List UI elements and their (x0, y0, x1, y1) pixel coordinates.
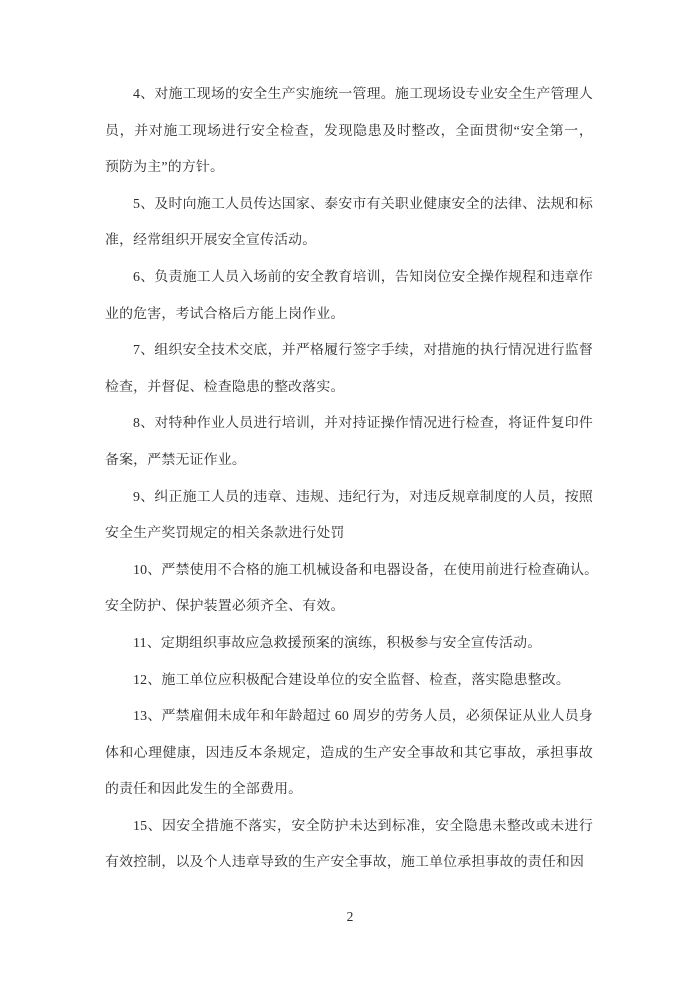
paragraph: 10、严禁使用不合格的施工机械设备和电器设备，在使用前进行检查确认。安全防护、保… (105, 553, 593, 626)
text-line: 10、严禁使用不合格的施工机械设备和电器设备，在使用前进行检查确认。 (105, 553, 593, 590)
text-line: 安全生产奖罚规定的相关条款进行处罚 (105, 516, 593, 553)
text-line: 7、组织安全技术交底，并严格履行签字手续，对措施的执行情况进行监督 (105, 333, 593, 370)
paragraph: 13、严禁雇佣未成年和年龄超过 60 周岁的劳务人员，必须保证从业人员身体和心理… (105, 699, 593, 809)
text-line: 体和心理健康，因违反本条规定，造成的生产安全事故和其它事故，承担事故 (105, 736, 593, 773)
paragraph: 15、因安全措施不落实，安全防护未达到标准，安全隐患未整改或未进行有效控制，以及… (105, 809, 593, 882)
text-line: 员，并对施工现场进行安全检查，发现隐患及时整改，全面贯彻“安全第一， (105, 114, 593, 151)
text-line: 11、定期组织事故应急救援预案的演练，积极参与安全宣传活动。 (105, 626, 593, 663)
paragraph: 11、定期组织事故应急救援预案的演练，积极参与安全宣传活动。 (105, 626, 593, 663)
text-line: 15、因安全措施不落实，安全防护未达到标准，安全隐患未整改或未进行 (105, 809, 593, 846)
text-line: 12、施工单位应积极配合建设单位的安全监督、检查，落实隐患整改。 (105, 663, 593, 700)
text-line: 5、及时向施工人员传达国家、泰安市有关职业健康安全的法律、法规和标 (105, 187, 593, 224)
text-line: 检查，并督促、检查隐患的整改落实。 (105, 370, 593, 407)
text-line: 4、对施工现场的安全生产实施统一管理。施工现场设专业安全生产管理人 (105, 77, 593, 114)
page-number: 2 (0, 908, 700, 926)
text-line: 6、负责施工人员入场前的安全教育培训，告知岗位安全操作规程和违章作 (105, 260, 593, 297)
text-line: 的责任和因此发生的全部费用。 (105, 772, 593, 809)
paragraph: 4、对施工现场的安全生产实施统一管理。施工现场设专业安全生产管理人员，并对施工现… (105, 77, 593, 187)
paragraph: 6、负责施工人员入场前的安全教育培训，告知岗位安全操作规程和违章作业的危害，考试… (105, 260, 593, 333)
text-line: 安全防护、保护装置必须齐全、有效。 (105, 589, 593, 626)
text-line: 8、对特种作业人员进行培训，并对持证操作情况进行检查，将证件复印件 (105, 406, 593, 443)
paragraph: 8、对特种作业人员进行培训，并对持证操作情况进行检查，将证件复印件备案，严禁无证… (105, 406, 593, 479)
document-page: 4、对施工现场的安全生产实施统一管理。施工现场设专业安全生产管理人员，并对施工现… (0, 0, 700, 990)
paragraph: 7、组织安全技术交底，并严格履行签字手续，对措施的执行情况进行监督检查，并督促、… (105, 333, 593, 406)
text-line: 准，经常组织开展安全宣传活动。 (105, 223, 593, 260)
text-line: 备案，严禁无证作业。 (105, 443, 593, 480)
text-line: 9、纠正施工人员的违章、违规、违纪行为，对违反规章制度的人员，按照 (105, 480, 593, 517)
paragraph: 5、及时向施工人员传达国家、泰安市有关职业健康安全的法律、法规和标准，经常组织开… (105, 187, 593, 260)
text-line: 预防为主”的方针。 (105, 150, 593, 187)
text-line: 13、严禁雇佣未成年和年龄超过 60 周岁的劳务人员，必须保证从业人员身 (105, 699, 593, 736)
document-body: 4、对施工现场的安全生产实施统一管理。施工现场设专业安全生产管理人员，并对施工现… (105, 77, 593, 882)
text-line: 有效控制，以及个人违章导致的生产安全事故，施工单位承担事故的责任和因 (105, 845, 593, 882)
text-line: 业的危害，考试合格后方能上岗作业。 (105, 297, 593, 334)
paragraph: 12、施工单位应积极配合建设单位的安全监督、检查，落实隐患整改。 (105, 663, 593, 700)
paragraph: 9、纠正施工人员的违章、违规、违纪行为，对违反规章制度的人员，按照安全生产奖罚规… (105, 480, 593, 553)
